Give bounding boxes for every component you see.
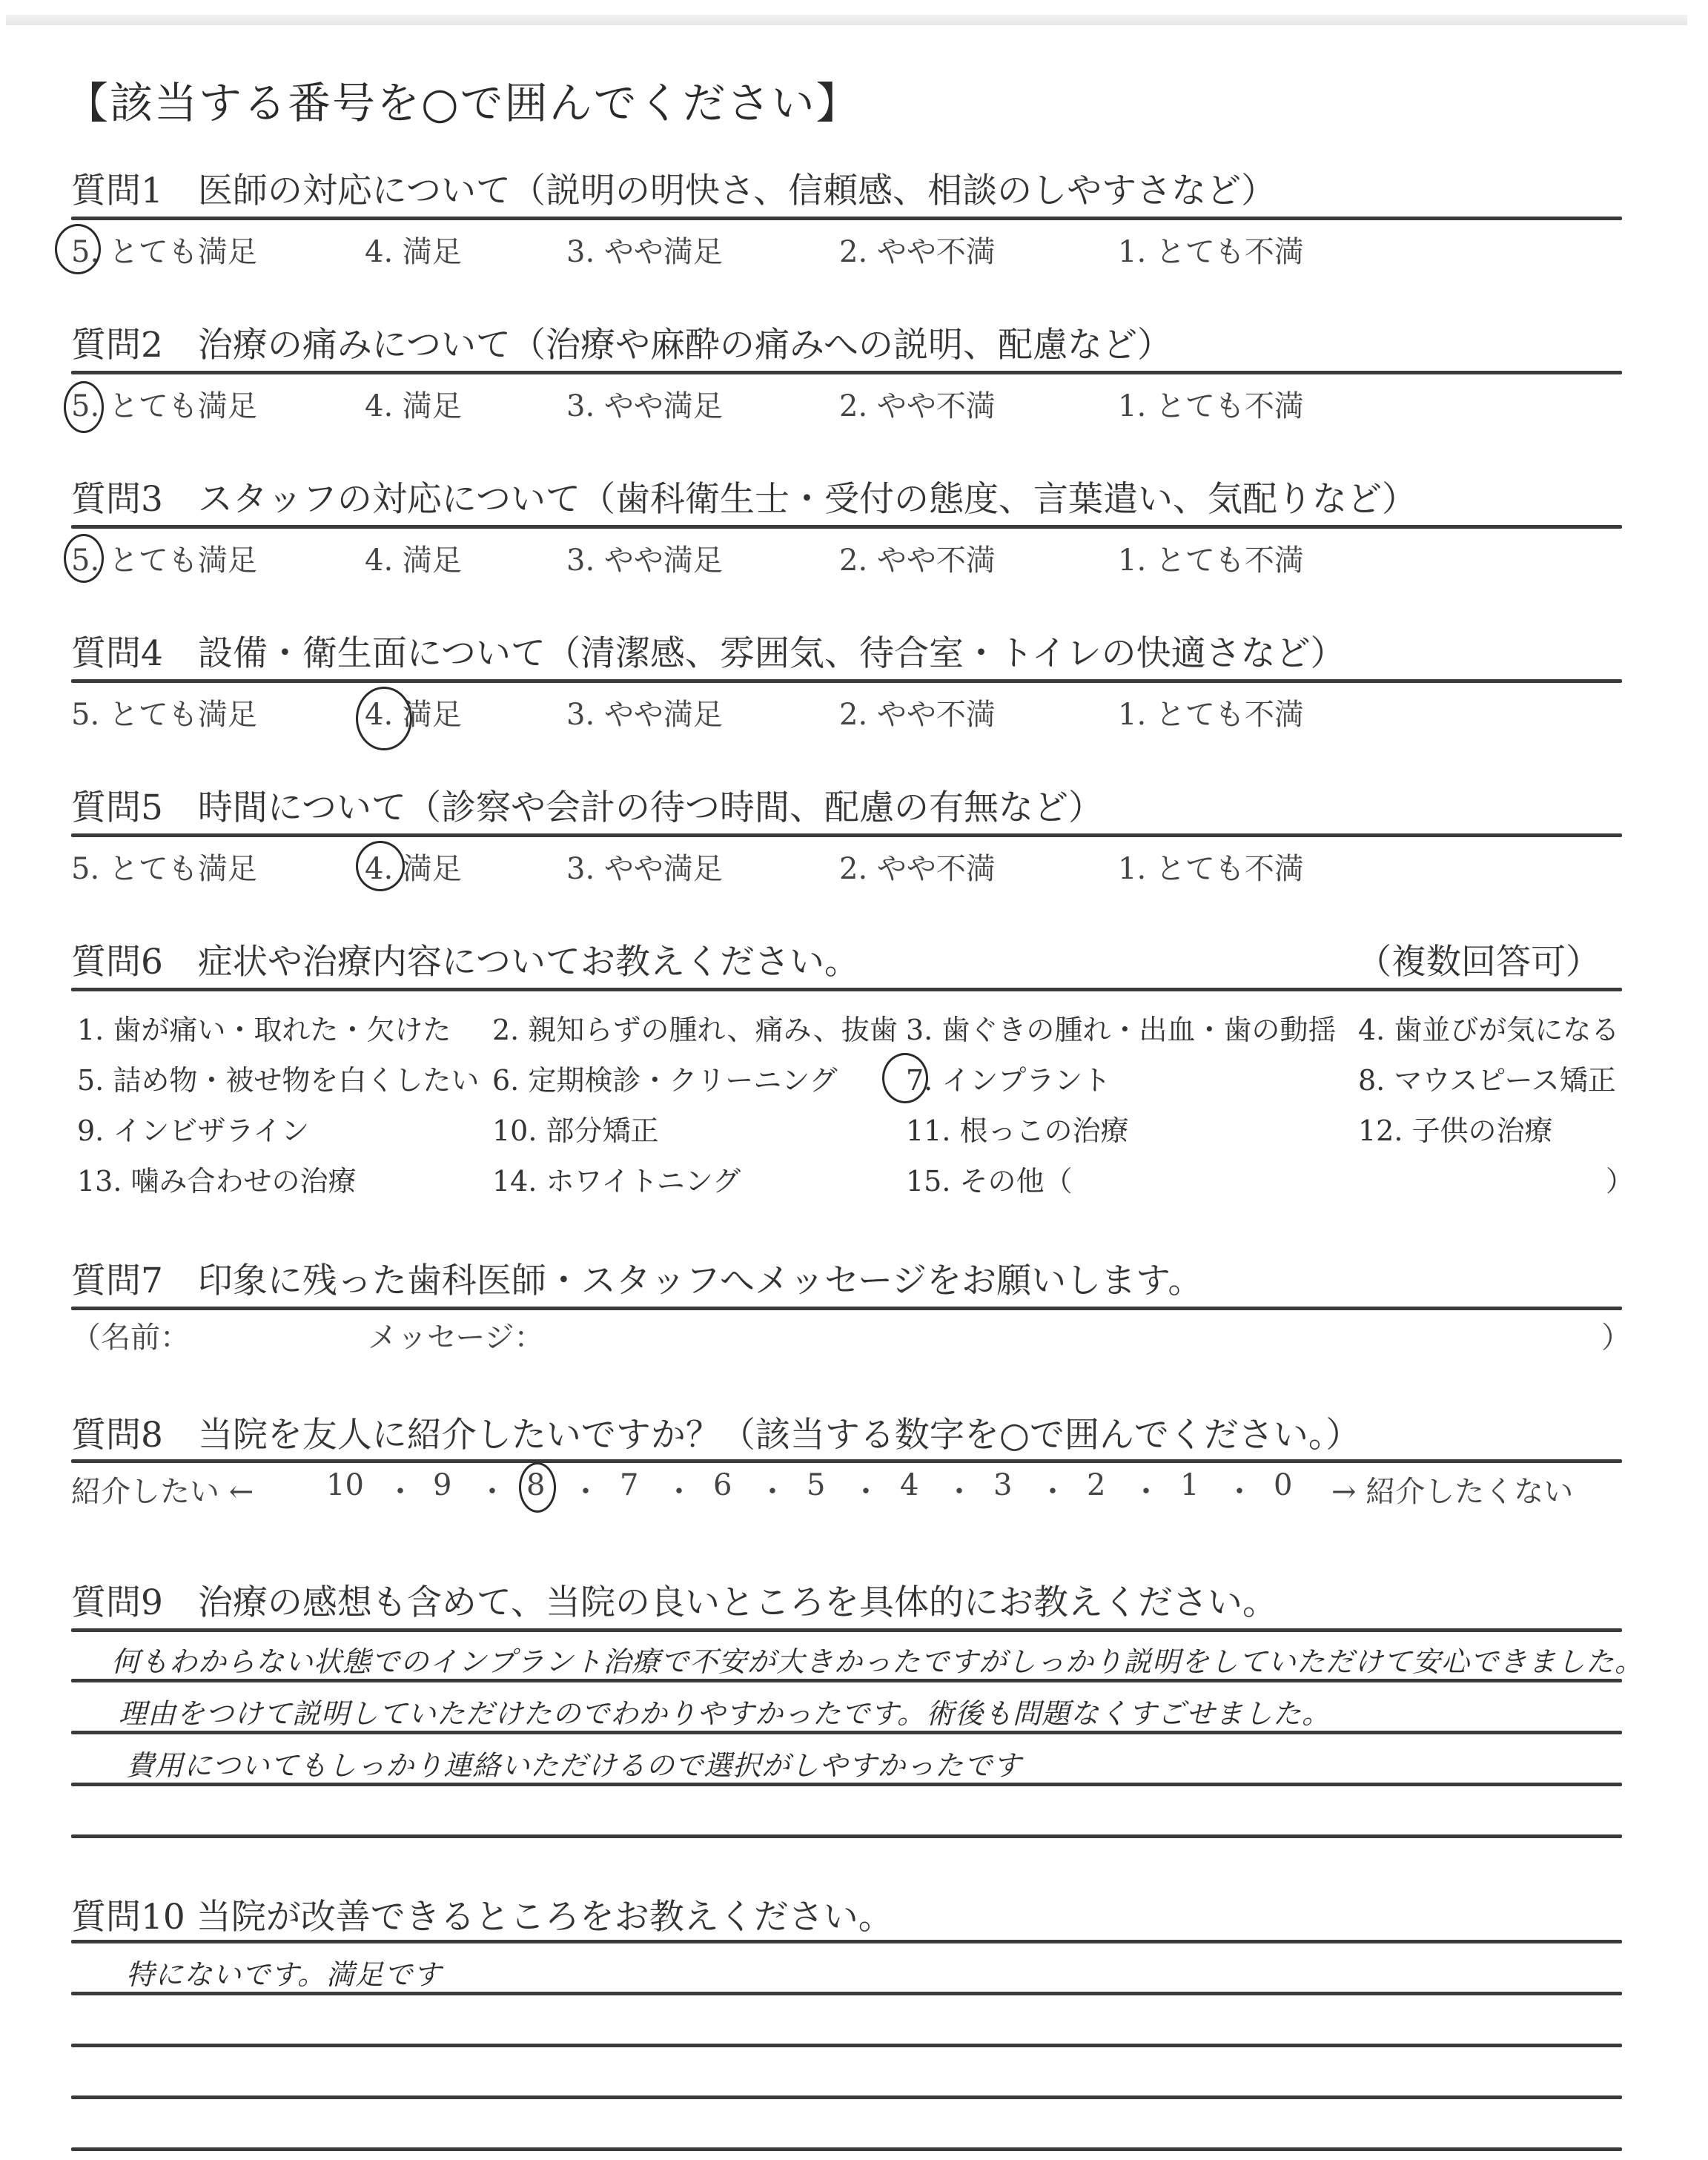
answer-line-1[interactable]: 特にないです。満足です (126, 1952, 442, 1992)
symptom-option-7[interactable]: 7. インプラント (906, 1057, 1110, 1098)
separator-dot: ・ (664, 1468, 694, 1510)
option-1[interactable]: 1. とても不満 (1118, 228, 1304, 271)
other-close-paren: ） (1606, 1158, 1634, 1199)
separator-dot: ・ (851, 1468, 881, 1510)
multiple-answers-note: （複数回答可） (1357, 934, 1601, 984)
scale-left-label: 紹介したい ← (71, 1468, 254, 1510)
name-input[interactable] (171, 1314, 348, 1351)
option-1[interactable]: 1. とても不満 (1118, 537, 1304, 579)
option-3[interactable]: 3. やや満足 (566, 383, 723, 425)
symptom-option-15-other[interactable]: 15. その他（ (906, 1158, 1073, 1199)
answer-line-3[interactable]: 費用についてもしっかり連絡いただけるので選択がしやすかったです (126, 1743, 1022, 1783)
selected-circle-mark (55, 224, 101, 274)
symptom-option-4[interactable]: 4. 歯並びが気になる (1358, 1007, 1619, 1048)
option-4[interactable]: 4. 満足 (365, 383, 462, 425)
selected-circle-mark (882, 1053, 928, 1103)
divider (71, 988, 1622, 991)
selected-circle-mark (356, 841, 405, 891)
option-2[interactable]: 2. やや不満 (839, 228, 996, 271)
answer-ruled-line (71, 2044, 1622, 2047)
scale-4[interactable]: 4 (900, 1468, 918, 1502)
page-title: 【該当する番号を○で囲んでください】 (65, 68, 861, 131)
divider (71, 371, 1622, 374)
question-1-label: 質問1 医師の対応について（説明の明快さ、信頼感、相談のしやすさなど） (71, 163, 1276, 213)
question-8-label: 質問8 当院を友人に紹介したいですか？（該当する数字を○で囲んでください。） (71, 1407, 1360, 1457)
option-4[interactable]: 4. 満足 (365, 537, 462, 579)
question-5-label: 質問5 時間について（診察や会計の待つ時間、配慮の有無など） (71, 780, 1103, 830)
selected-circle-mark (64, 534, 104, 583)
symptom-option-5[interactable]: 5. 詰め物・被せ物を白くしたい (77, 1057, 479, 1098)
option-3[interactable]: 3. やや満足 (566, 537, 723, 579)
scale-7[interactable]: 7 (620, 1468, 638, 1502)
option-3[interactable]: 3. やや満足 (566, 228, 723, 271)
separator-dot: ・ (1225, 1468, 1254, 1510)
symptom-option-11[interactable]: 11. 根っこの治療 (906, 1108, 1129, 1149)
separator-dot: ・ (385, 1468, 415, 1510)
option-1[interactable]: 1. とても不満 (1118, 383, 1304, 425)
symptom-option-6[interactable]: 6. 定期検診・クリーニング (492, 1057, 838, 1098)
symptom-option-12[interactable]: 12. 子供の治療 (1358, 1108, 1553, 1149)
separator-dot: ・ (1038, 1468, 1067, 1510)
divider (71, 1940, 1622, 1943)
symptom-option-1[interactable]: 1. 歯が痛い・取れた・欠けた (77, 1007, 451, 1048)
selected-circle-mark (64, 381, 104, 433)
divider (71, 833, 1622, 837)
scale-3[interactable]: 3 (993, 1468, 1012, 1502)
scan-edge (6, 15, 1687, 25)
question-4-label: 質問4 設備・衛生面について（清潔感、雰囲気、待合室・トイレの快適さなど） (71, 626, 1345, 676)
message-close-paren: ） (1601, 1314, 1631, 1356)
answer-line-1[interactable]: 何もわからない状態でのインプラント治療で不安が大きかったですがしっかり説明をして… (111, 1639, 1644, 1680)
scale-2[interactable]: 2 (1087, 1468, 1105, 1502)
question-3-label: 質問3 スタッフの対応について（歯科衛生士・受付の態度、言葉遣い、気配りなど） (71, 472, 1417, 521)
divider (71, 217, 1622, 220)
divider (71, 525, 1622, 529)
symptom-option-2[interactable]: 2. 親知らずの腫れ、痛み、抜歯 (492, 1007, 898, 1048)
option-4[interactable]: 4. 満足 (365, 228, 462, 271)
answer-ruled-line (71, 1731, 1622, 1734)
scale-10[interactable]: 10 (326, 1468, 364, 1502)
question-10-label: 質問10 当院が改善できるところをお教えください。 (71, 1889, 893, 1939)
message-field-label: メッセージ： (368, 1314, 544, 1356)
selected-circle-mark (356, 687, 412, 750)
separator-dot: ・ (758, 1468, 787, 1510)
message-input[interactable] (549, 1314, 1586, 1351)
option-1[interactable]: 1. とても不満 (1118, 845, 1304, 888)
symptom-option-9[interactable]: 9. インビザライン (77, 1108, 309, 1149)
scale-5[interactable]: 5 (807, 1468, 825, 1502)
separator-dot: ・ (944, 1468, 974, 1510)
scale-1[interactable]: 1 (1180, 1468, 1199, 1502)
option-2[interactable]: 2. やや不満 (839, 691, 996, 733)
option-1[interactable]: 1. とても不満 (1118, 691, 1304, 733)
separator-dot: ・ (477, 1468, 507, 1510)
question-6-label: 質問6 症状や治療内容についてお教えください。 (71, 934, 859, 984)
option-3[interactable]: 3. やや満足 (566, 691, 723, 733)
divider (71, 1459, 1622, 1463)
symptom-option-13[interactable]: 13. 噛み合わせの治療 (77, 1158, 357, 1199)
selected-circle-mark (519, 1462, 556, 1513)
answer-ruled-line (71, 1992, 1622, 1995)
option-5[interactable]: 5. とても満足 (71, 691, 257, 733)
symptom-option-3[interactable]: 3. 歯ぐきの腫れ・出血・歯の動揺 (906, 1007, 1336, 1048)
answer-line-2[interactable]: 理由をつけて説明していただけたのでわかりやすかったです。術後も問題なくすごせまし… (119, 1691, 1331, 1731)
scale-0[interactable]: 0 (1274, 1468, 1292, 1502)
symptom-option-14[interactable]: 14. ホワイトニング (492, 1158, 741, 1199)
option-2[interactable]: 2. やや不満 (839, 537, 996, 579)
divider (71, 679, 1622, 683)
symptom-option-10[interactable]: 10. 部分矯正 (492, 1108, 659, 1149)
answer-ruled-line (71, 1679, 1622, 1682)
answer-ruled-line (71, 1783, 1622, 1786)
separator-dot: ・ (1131, 1468, 1161, 1510)
divider (71, 1307, 1622, 1310)
question-2-label: 質問2 治療の痛みについて（治療や麻酔の痛みへの説明、配慮など） (71, 317, 1172, 367)
answer-ruled-line (71, 2095, 1622, 2099)
option-2[interactable]: 2. やや不満 (839, 845, 996, 888)
separator-dot: ・ (571, 1468, 600, 1510)
symptom-option-8[interactable]: 8. マウスピース矯正 (1358, 1057, 1616, 1098)
question-7-label: 質問7 印象に残った歯科医師・スタッフへメッセージをお願いします。 (71, 1253, 1202, 1303)
divider (71, 1628, 1622, 1632)
scale-9[interactable]: 9 (433, 1468, 451, 1502)
option-5[interactable]: 5. とても満足 (71, 845, 257, 888)
scale-right-label: → 紹介したくない (1331, 1468, 1573, 1510)
scale-6[interactable]: 6 (713, 1468, 732, 1502)
question-9-label: 質問9 治療の感想も含めて、当院の良いところを具体的にお教えください。 (71, 1575, 1277, 1625)
answer-ruled-line (71, 2147, 1622, 2151)
option-2[interactable]: 2. やや不満 (839, 383, 996, 425)
answer-ruled-line (71, 1834, 1622, 1838)
option-3[interactable]: 3. やや満足 (566, 845, 723, 888)
